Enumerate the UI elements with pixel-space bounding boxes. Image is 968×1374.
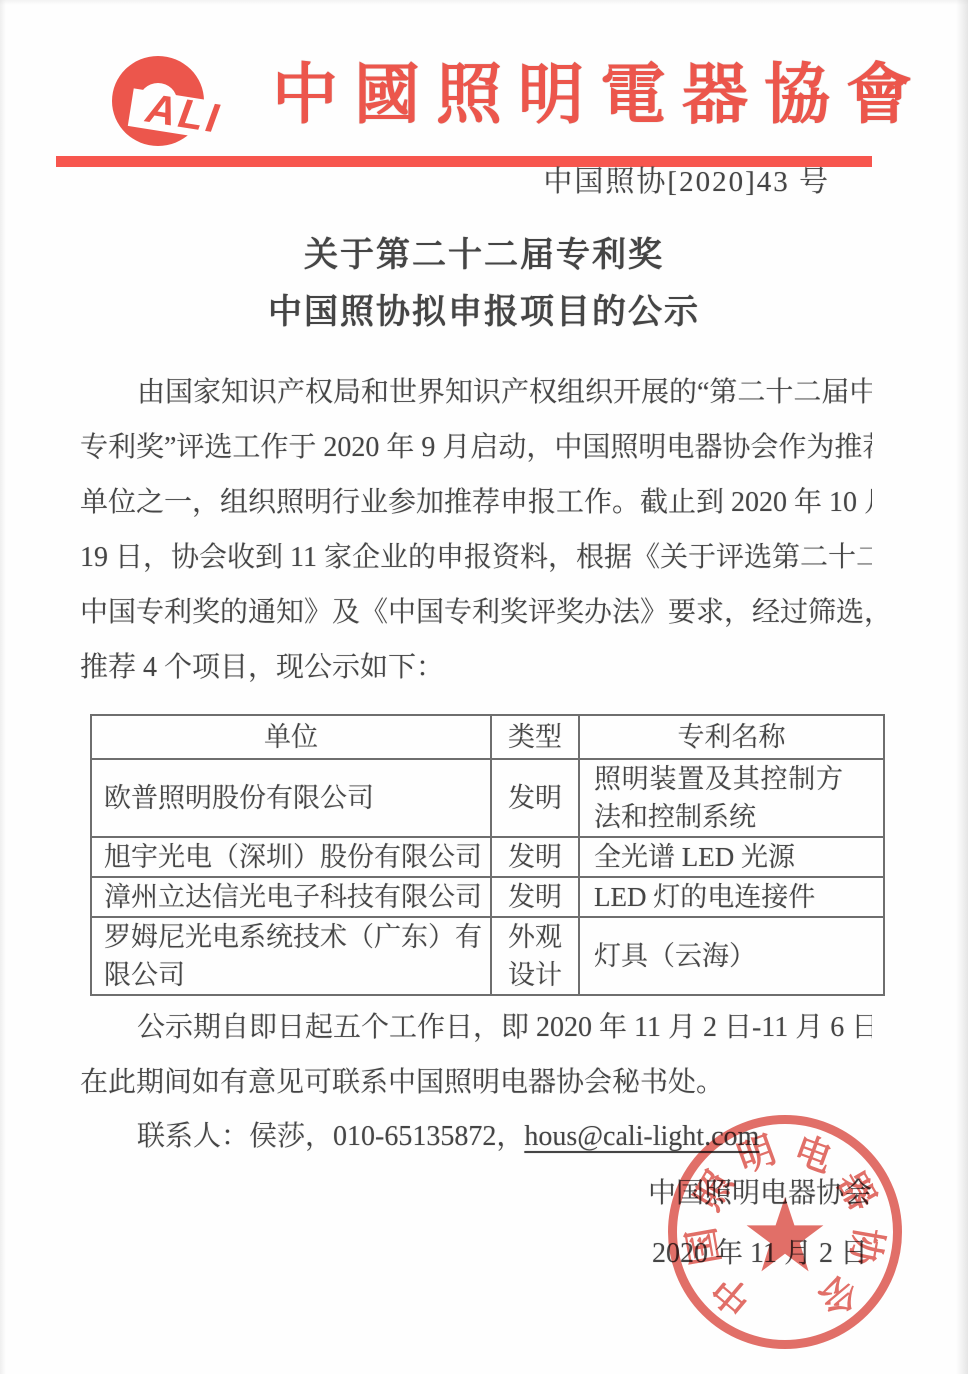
seal-arc-char: 照 bbox=[678, 1159, 743, 1218]
text-line: 推荐 4 个项目，现公示如下： bbox=[80, 640, 872, 695]
document-title-line2: 中国照协拟申报项目的公示 bbox=[0, 284, 968, 341]
contact-info: 联系人：侯莎，010-65135872， bbox=[137, 1121, 524, 1152]
text-line: 单位之一，组织照明行业参加推荐申报工作。截止到 2020 年 10 月 bbox=[80, 475, 872, 530]
cell-unit: 欧普照明股份有限公司 bbox=[91, 759, 491, 837]
scan-edge-right bbox=[956, 0, 968, 1374]
seal-arc-char: 器 bbox=[827, 1159, 892, 1218]
document-page: ALI 中國照明電器協會 中国照协[2020]43 号 关于第二十二届专利奖 中… bbox=[0, 0, 968, 1374]
patent-table: 单位 类型 专利名称 欧普照明股份有限公司 发明 照明装置及其控制方法和控制系统… bbox=[90, 714, 885, 996]
table-row: 欧普照明股份有限公司 发明 照明装置及其控制方法和控制系统 bbox=[91, 759, 884, 837]
scan-edge-top bbox=[0, 0, 968, 5]
column-header-patent: 专利名称 bbox=[579, 715, 884, 759]
text-line: 由国家知识产权局和世界知识产权组织开展的“第二十二届中国 bbox=[80, 365, 872, 420]
document-title: 关于第二十二届专利奖 中国照协拟申报项目的公示 bbox=[0, 227, 968, 341]
cell-patent: 全光谱 LED 光源 bbox=[579, 837, 884, 877]
body-paragraph-1: 由国家知识产权局和世界知识产权组织开展的“第二十二届中国专利奖”评选工作于 20… bbox=[80, 365, 872, 695]
text-line: 19 日，协会收到 11 家企业的申报资料，根据《关于评选第二十二届 bbox=[80, 530, 872, 585]
cell-patent: LED 灯的电连接件 bbox=[579, 877, 884, 917]
cell-unit: 漳州立达信光电子科技有限公司 bbox=[91, 877, 491, 917]
cell-unit: 旭宇光电（深圳）股份有限公司 bbox=[91, 837, 491, 877]
org-name-header: 中國照明電器協會 bbox=[272, 56, 872, 136]
seal-arc-char: 国 bbox=[671, 1224, 731, 1270]
scan-edge-left bbox=[0, 0, 6, 1374]
text-line: 公示期自即日起五个工作日，即 2020 年 11 月 2 日-11 月 6 日， bbox=[80, 1000, 872, 1055]
seal-arc-char: 中 bbox=[698, 1265, 761, 1330]
table-row: 罗姆尼光电系统技术（广东）有限公司 外观设计 灯具（云海） bbox=[91, 917, 884, 995]
column-header-type: 类型 bbox=[491, 715, 579, 759]
cali-logo-icon: ALI bbox=[102, 46, 267, 164]
table-header-row: 单位 类型 专利名称 bbox=[91, 715, 884, 759]
table-row: 漳州立达信光电子科技有限公司 发明 LED 灯的电连接件 bbox=[91, 877, 884, 917]
table-row: 旭宇光电（深圳）股份有限公司 发明 全光谱 LED 光源 bbox=[91, 837, 884, 877]
cell-patent: 灯具（云海） bbox=[579, 917, 884, 995]
seal-arc-char: 电 bbox=[788, 1119, 841, 1182]
cell-patent: 照明装置及其控制方法和控制系统 bbox=[579, 759, 884, 837]
cell-type: 发明 bbox=[491, 759, 579, 837]
column-header-unit: 单位 bbox=[91, 715, 491, 759]
cell-type: 外观设计 bbox=[491, 917, 579, 995]
text-line: 专利奖”评选工作于 2020 年 9 月启动，中国照明电器协会作为推荐 bbox=[80, 420, 872, 475]
cell-type: 发明 bbox=[491, 877, 579, 917]
seal-arc-char: 协 bbox=[840, 1224, 900, 1270]
seal-star-icon bbox=[745, 1197, 825, 1273]
seal-arc-char: 明 bbox=[729, 1119, 782, 1182]
document-title-line1: 关于第二十二届专利奖 bbox=[0, 227, 968, 284]
cell-type: 发明 bbox=[491, 837, 579, 877]
text-line: 中国专利奖的通知》及《中国专利奖评奖办法》要求，经过筛选，拟 bbox=[80, 585, 872, 640]
official-seal-stamp: 中国照明电器协会 bbox=[668, 1115, 902, 1349]
text-line: 在此期间如有意见可联系中国照明电器协会秘书处。 bbox=[80, 1055, 872, 1110]
seal-arc-char: 会 bbox=[809, 1265, 872, 1330]
closing-paragraph: 公示期自即日起五个工作日，即 2020 年 11 月 2 日-11 月 6 日，… bbox=[80, 1000, 872, 1110]
doc-number: 中国照协[2020]43 号 bbox=[500, 164, 830, 200]
cell-unit: 罗姆尼光电系统技术（广东）有限公司 bbox=[91, 917, 491, 995]
